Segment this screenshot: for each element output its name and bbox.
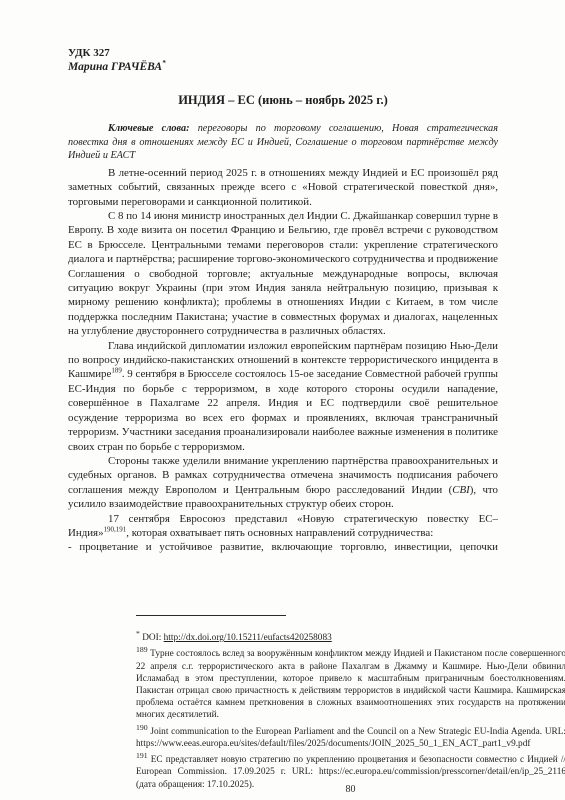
paragraph-4-text: Стороны также уделили внимание укреплени… xyxy=(68,455,498,496)
doi-link[interactable]: http://dx.doi.org/10.15211/eufacts420258… xyxy=(164,633,332,643)
footnote-190: 190 Joint communication to the European … xyxy=(136,722,565,751)
list-item-prosperity: - процветание и устойчивое развитие, вкл… xyxy=(68,540,498,557)
document-page: УДК 327 Марина ГРАЧЁВА* ИНДИЯ – ЕС (июнь… xyxy=(0,0,565,800)
udk-code: УДК 327 xyxy=(68,47,498,60)
keywords-label: Ключевые слова: xyxy=(108,123,189,134)
author-line: Марина ГРАЧЁВА* xyxy=(68,60,498,75)
paragraph-3-text-continued: . 9 сентября в Брюсселе состоялось 15-ое… xyxy=(68,368,498,452)
footnote-189: 189 Турне состоялось вслед за вооружённы… xyxy=(136,644,565,721)
paragraph-4: Стороны также уделили внимание укреплени… xyxy=(68,454,498,512)
footnote-190-mark: 190 xyxy=(136,723,148,732)
cbi-abbreviation: CBI xyxy=(452,484,470,496)
author-name: Марина ГРАЧЁВА xyxy=(68,61,162,73)
footnote-reference-190-191: 190,191 xyxy=(104,525,127,533)
footnote-191-mark: 191 xyxy=(136,751,148,760)
footnotes-section: * DOI: http://dx.doi.org/10.15211/eufact… xyxy=(136,605,565,791)
footnote-doi: * DOI: http://dx.doi.org/10.15211/eufact… xyxy=(136,628,565,644)
author-footnote-mark: * xyxy=(162,59,166,67)
footnote-doi-label: DOI: xyxy=(140,633,164,643)
paragraph-2: С 8 по 14 июня министр иностранных дел И… xyxy=(68,209,498,339)
footnote-189-text: Турне состоялось вслед за вооружённым ко… xyxy=(136,649,565,720)
paragraph-3: Глава индийской дипломатии изложил европ… xyxy=(68,339,498,454)
paragraph-5-text-continued: , которая охватывает пять основных напра… xyxy=(126,527,433,539)
page-content: УДК 327 Марина ГРАЧЁВА* ИНДИЯ – ЕС (июнь… xyxy=(68,47,498,558)
footnote-reference-189: 189 xyxy=(111,367,122,375)
page-number: 80 xyxy=(68,784,565,795)
footnote-190-text: Joint communication to the European Parl… xyxy=(136,727,565,749)
article-title: ИНДИЯ – ЕС (июнь – ноябрь 2025 г.) xyxy=(68,93,498,107)
footnote-189-mark: 189 xyxy=(136,645,148,654)
paragraph-1: В летне-осенний период 2025 г. в отношен… xyxy=(68,166,498,209)
footnote-separator xyxy=(136,615,286,616)
paragraph-5: 17 сентября Евросоюз представил «Новую с… xyxy=(68,512,498,541)
article-body: В летне-осенний период 2025 г. в отношен… xyxy=(68,166,498,558)
keywords-paragraph: Ключевые слова: переговоры по торговому … xyxy=(68,122,498,163)
